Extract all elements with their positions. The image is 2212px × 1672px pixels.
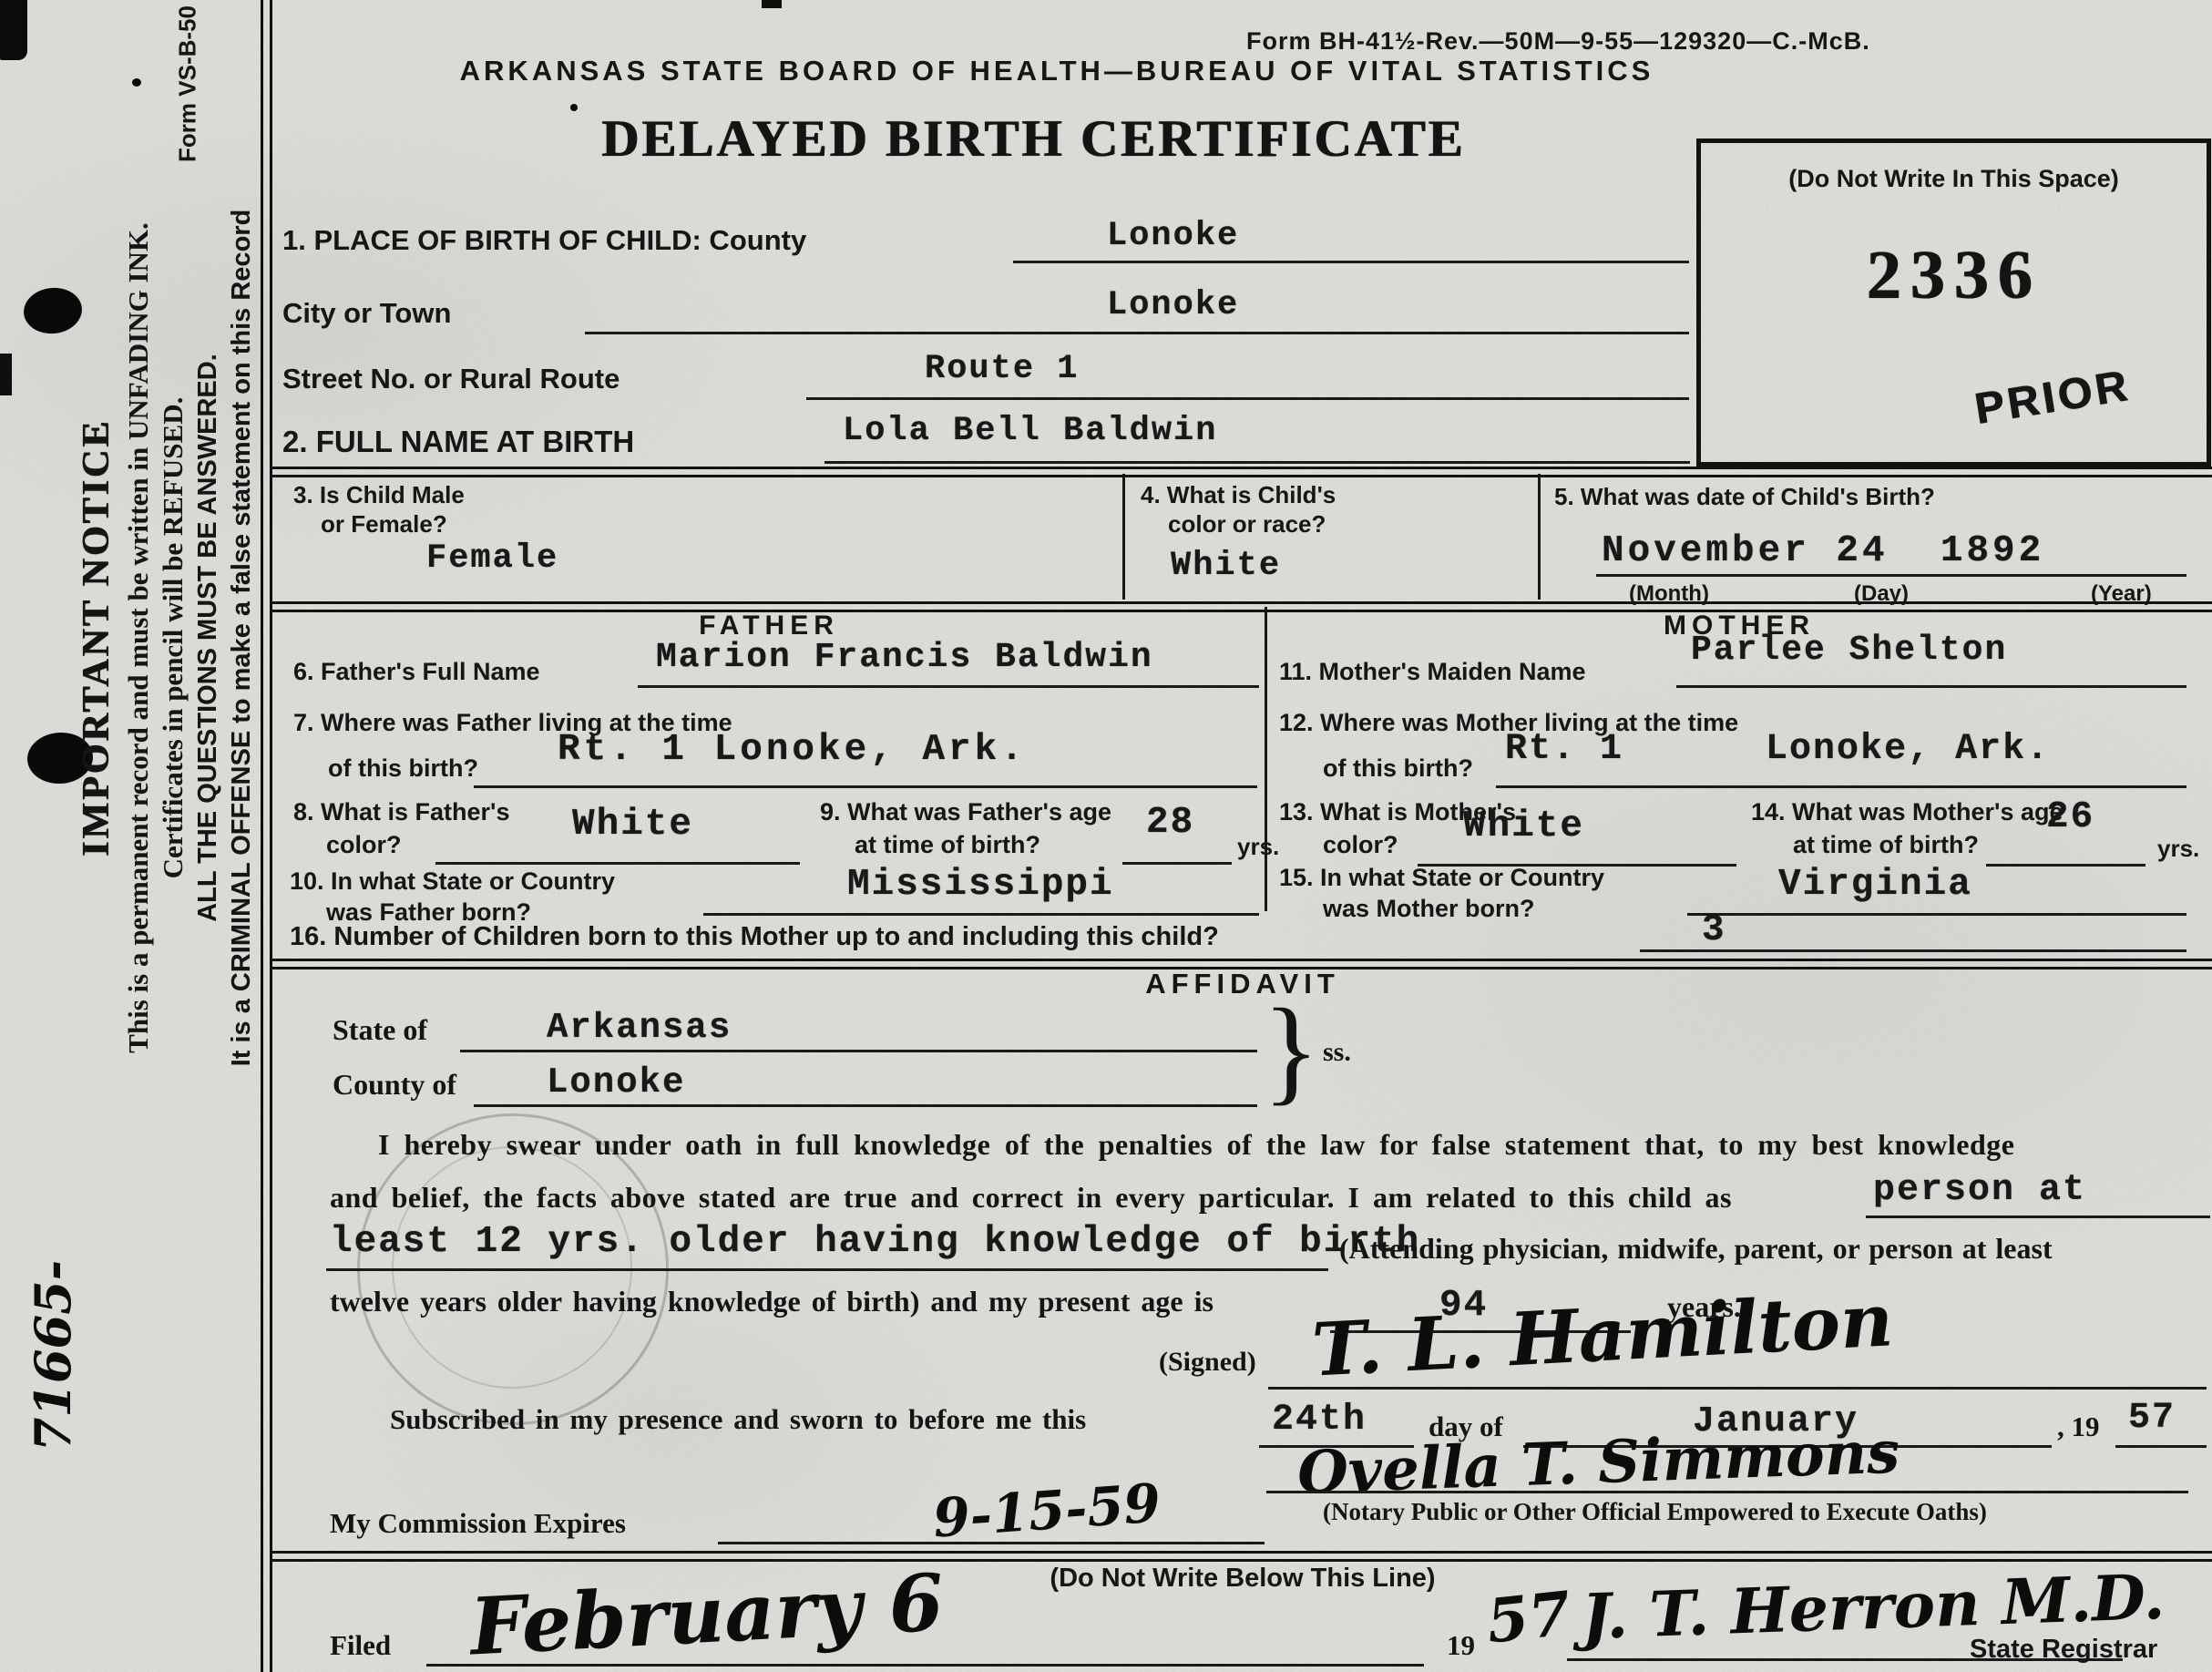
q1-city-value: Lonoke <box>1107 286 1239 324</box>
q8-label2: color? <box>326 831 402 859</box>
father-header: FATHER <box>273 610 1265 641</box>
q14-label2: at time of birth? <box>1793 831 1979 859</box>
affiant-signature: T. L. Hamilton <box>1310 1277 1895 1392</box>
q5-value: November 24 1892 <box>1602 530 2044 572</box>
q14-value: 26 <box>2046 796 2094 838</box>
q4-label2: color or race? <box>1168 510 1326 539</box>
filed-year-value: 57 <box>1483 1577 1574 1657</box>
field-line <box>806 397 1689 400</box>
affidavit-line1: I hereby swear under oath in full knowle… <box>378 1128 2014 1162</box>
margin-notice-title: IMPORTANT NOTICE <box>75 64 118 1212</box>
field-line <box>1013 261 1689 263</box>
relation-typed-1: person at <box>1873 1170 2086 1211</box>
sworn-day-value: 24th <box>1272 1400 1367 1441</box>
prior-stamp: PRIOR <box>1971 361 2135 435</box>
notary-caption: (Notary Public or Other Official Empower… <box>1323 1498 1987 1526</box>
sworn-year-value: 57 <box>2128 1398 2176 1439</box>
county-of-value: Lonoke <box>547 1062 685 1103</box>
q4-value: White <box>1171 547 1281 585</box>
agency-title: ARKANSAS STATE BOARD OF HEALTH—BUREAU OF… <box>419 55 1695 87</box>
q9-unit: yrs. <box>1237 833 1279 861</box>
q1-county-value: Lonoke <box>1107 217 1239 255</box>
notary-signature-line <box>1266 1491 2188 1493</box>
margin-file-number: 71665- <box>24 1260 82 1451</box>
field-line <box>824 461 1690 464</box>
q14-label: 14. What was Mother's age <box>1751 798 2064 826</box>
filed-year-prefix: 19 <box>1447 1629 1475 1662</box>
state-of-value: Arkansas <box>547 1008 732 1048</box>
state-of-label: State of <box>333 1013 427 1047</box>
q9-label: 9. What was Father's age <box>820 798 1111 826</box>
field-line <box>435 862 800 865</box>
q15-value: Virginia <box>1778 864 1972 906</box>
q3-value: Female <box>426 539 558 578</box>
q7-label2: of this birth? <box>328 754 478 783</box>
q9-value: 28 <box>1146 802 1194 844</box>
form-reference: Form BH-41½-Rev.—50M—9-55—129320—C.-McB. <box>1246 27 1870 56</box>
column-divider <box>1538 474 1541 600</box>
q1-street-value: Route 1 <box>925 350 1079 388</box>
subscribed-label: Subscribed in my presence and sworn to b… <box>390 1403 1086 1436</box>
field-line <box>1496 785 2186 788</box>
q15-label2: was Mother born? <box>1323 895 1535 923</box>
field-line <box>585 332 1689 334</box>
margin-notice-line: This is a permanent record and must be w… <box>122 64 155 1212</box>
field-line <box>326 1268 1328 1271</box>
commission-label: My Commission Expires <box>330 1507 626 1540</box>
q6-label: 6. Father's Full Name <box>293 658 540 686</box>
field-line <box>460 1050 1257 1052</box>
field-line <box>1986 864 2145 867</box>
ink-speck <box>570 104 578 111</box>
q1-label: 1. PLACE OF BIRTH OF CHILD: County <box>282 224 806 257</box>
q13-value: White <box>1463 805 1584 847</box>
year-prefix: , 19 <box>2057 1410 2100 1443</box>
field-line <box>1596 574 2186 577</box>
registrar-label: State Registrar <box>1970 1635 2157 1665</box>
affidavit-header: AFFIDAVIT <box>273 968 2212 1000</box>
q8-value: White <box>572 804 693 846</box>
q14-unit: yrs. <box>2157 835 2199 863</box>
q12-value: Rt. 1 Lonoke, Ark. <box>1505 729 2050 770</box>
q2-label: 2. FULL NAME AT BIRTH <box>282 425 634 459</box>
q3-label2: or Female? <box>321 510 447 539</box>
stamp-box-instruction: (Do Not Write In This Space) <box>1701 165 2207 193</box>
q12-label2: of this birth? <box>1323 754 1473 783</box>
q6-value: Marion Francis Baldwin <box>656 638 1153 677</box>
field-line <box>1866 1216 2210 1218</box>
stamp-box: (Do Not Write In This Space) 2336 PRIOR <box>1696 138 2211 467</box>
corner-mark <box>0 0 27 60</box>
q4-label: 4. What is Child's <box>1141 481 1336 509</box>
brace-glyph: } <box>1263 982 1319 1119</box>
q9-label2: at time of birth? <box>855 831 1040 859</box>
q5-label: 5. What was date of Child's Birth? <box>1554 483 1935 511</box>
commission-value: 9-15-59 <box>931 1472 1162 1549</box>
edge-mark <box>762 0 782 8</box>
q11-value: Parlee Shelton <box>1691 631 2007 670</box>
q3-label: 3. Is Child Male <box>293 481 465 509</box>
margin-notice: IMPORTANT NOTICE This is a permanent rec… <box>75 64 257 1212</box>
relation-typed-2: least 12 yrs. older having knowledge of … <box>330 1221 1420 1263</box>
edge-mark <box>0 354 12 395</box>
q1-street-label: Street No. or Rural Route <box>282 363 620 395</box>
margin-notice-line: ALL THE QUESTIONS MUST BE ANSWERED. <box>193 64 223 1212</box>
field-line <box>1122 862 1232 865</box>
section-rule <box>270 1551 2212 1562</box>
q8-label: 8. What is Father's <box>293 798 509 826</box>
q10-value: Mississippi <box>847 864 1114 906</box>
document-page: 71665- IMPORTANT NOTICE This is a perman… <box>0 0 2212 1672</box>
q1-city-label: City or Town <box>282 297 451 330</box>
column-divider <box>1122 474 1125 600</box>
margin-form-ref: Form VS-B-50 <box>174 5 202 162</box>
field-line <box>474 1104 1257 1107</box>
field-line <box>638 685 1259 688</box>
signed-label: (Signed) <box>1159 1347 1256 1378</box>
field-line <box>2115 1445 2207 1448</box>
ss-label: ss. <box>1323 1037 1351 1068</box>
field-line <box>474 785 1257 788</box>
county-of-label: County of <box>333 1068 456 1102</box>
margin-notice-line: Certificates in pencil will be REFUSED. <box>157 64 189 1212</box>
section-rule <box>270 467 2212 477</box>
q7-value: Rt. 1 Lonoke, Ark. <box>558 729 1027 771</box>
notary-signature: Ovella T. Simmons <box>1296 1418 1900 1507</box>
affidavit-line3: (Attending physician, midwife, parent, o… <box>1339 1232 2053 1266</box>
q16-label: 16. Number of Children born to this Moth… <box>290 922 1219 952</box>
margin-divider-rule <box>261 0 272 1672</box>
q2-value: Lola Bell Baldwin <box>843 412 1217 450</box>
q10-label: 10. In what State or Country <box>290 867 615 896</box>
certificate-number: 2336 <box>1701 236 2207 315</box>
page-title: DELAYED BIRTH CERTIFICATE <box>601 109 1458 169</box>
affidavit-line4: twelve years older having knowledge of b… <box>330 1285 1214 1318</box>
parent-column-divider <box>1265 607 1267 911</box>
q15-label: 15. In what State or Country <box>1279 864 1604 892</box>
field-line <box>1676 685 2186 688</box>
q16-value: 3 <box>1702 909 1726 951</box>
field-line <box>1687 913 2186 916</box>
field-line <box>703 913 1259 916</box>
q11-label: 11. Mother's Maiden Name <box>1279 658 1586 686</box>
margin-notice-line: It is a CRIMINAL OFFENSE to make a false… <box>227 64 257 1212</box>
affidavit-line2: and belief, the facts above stated are t… <box>330 1181 1732 1215</box>
q13-label2: color? <box>1323 831 1398 859</box>
filed-label: Filed <box>330 1629 391 1662</box>
